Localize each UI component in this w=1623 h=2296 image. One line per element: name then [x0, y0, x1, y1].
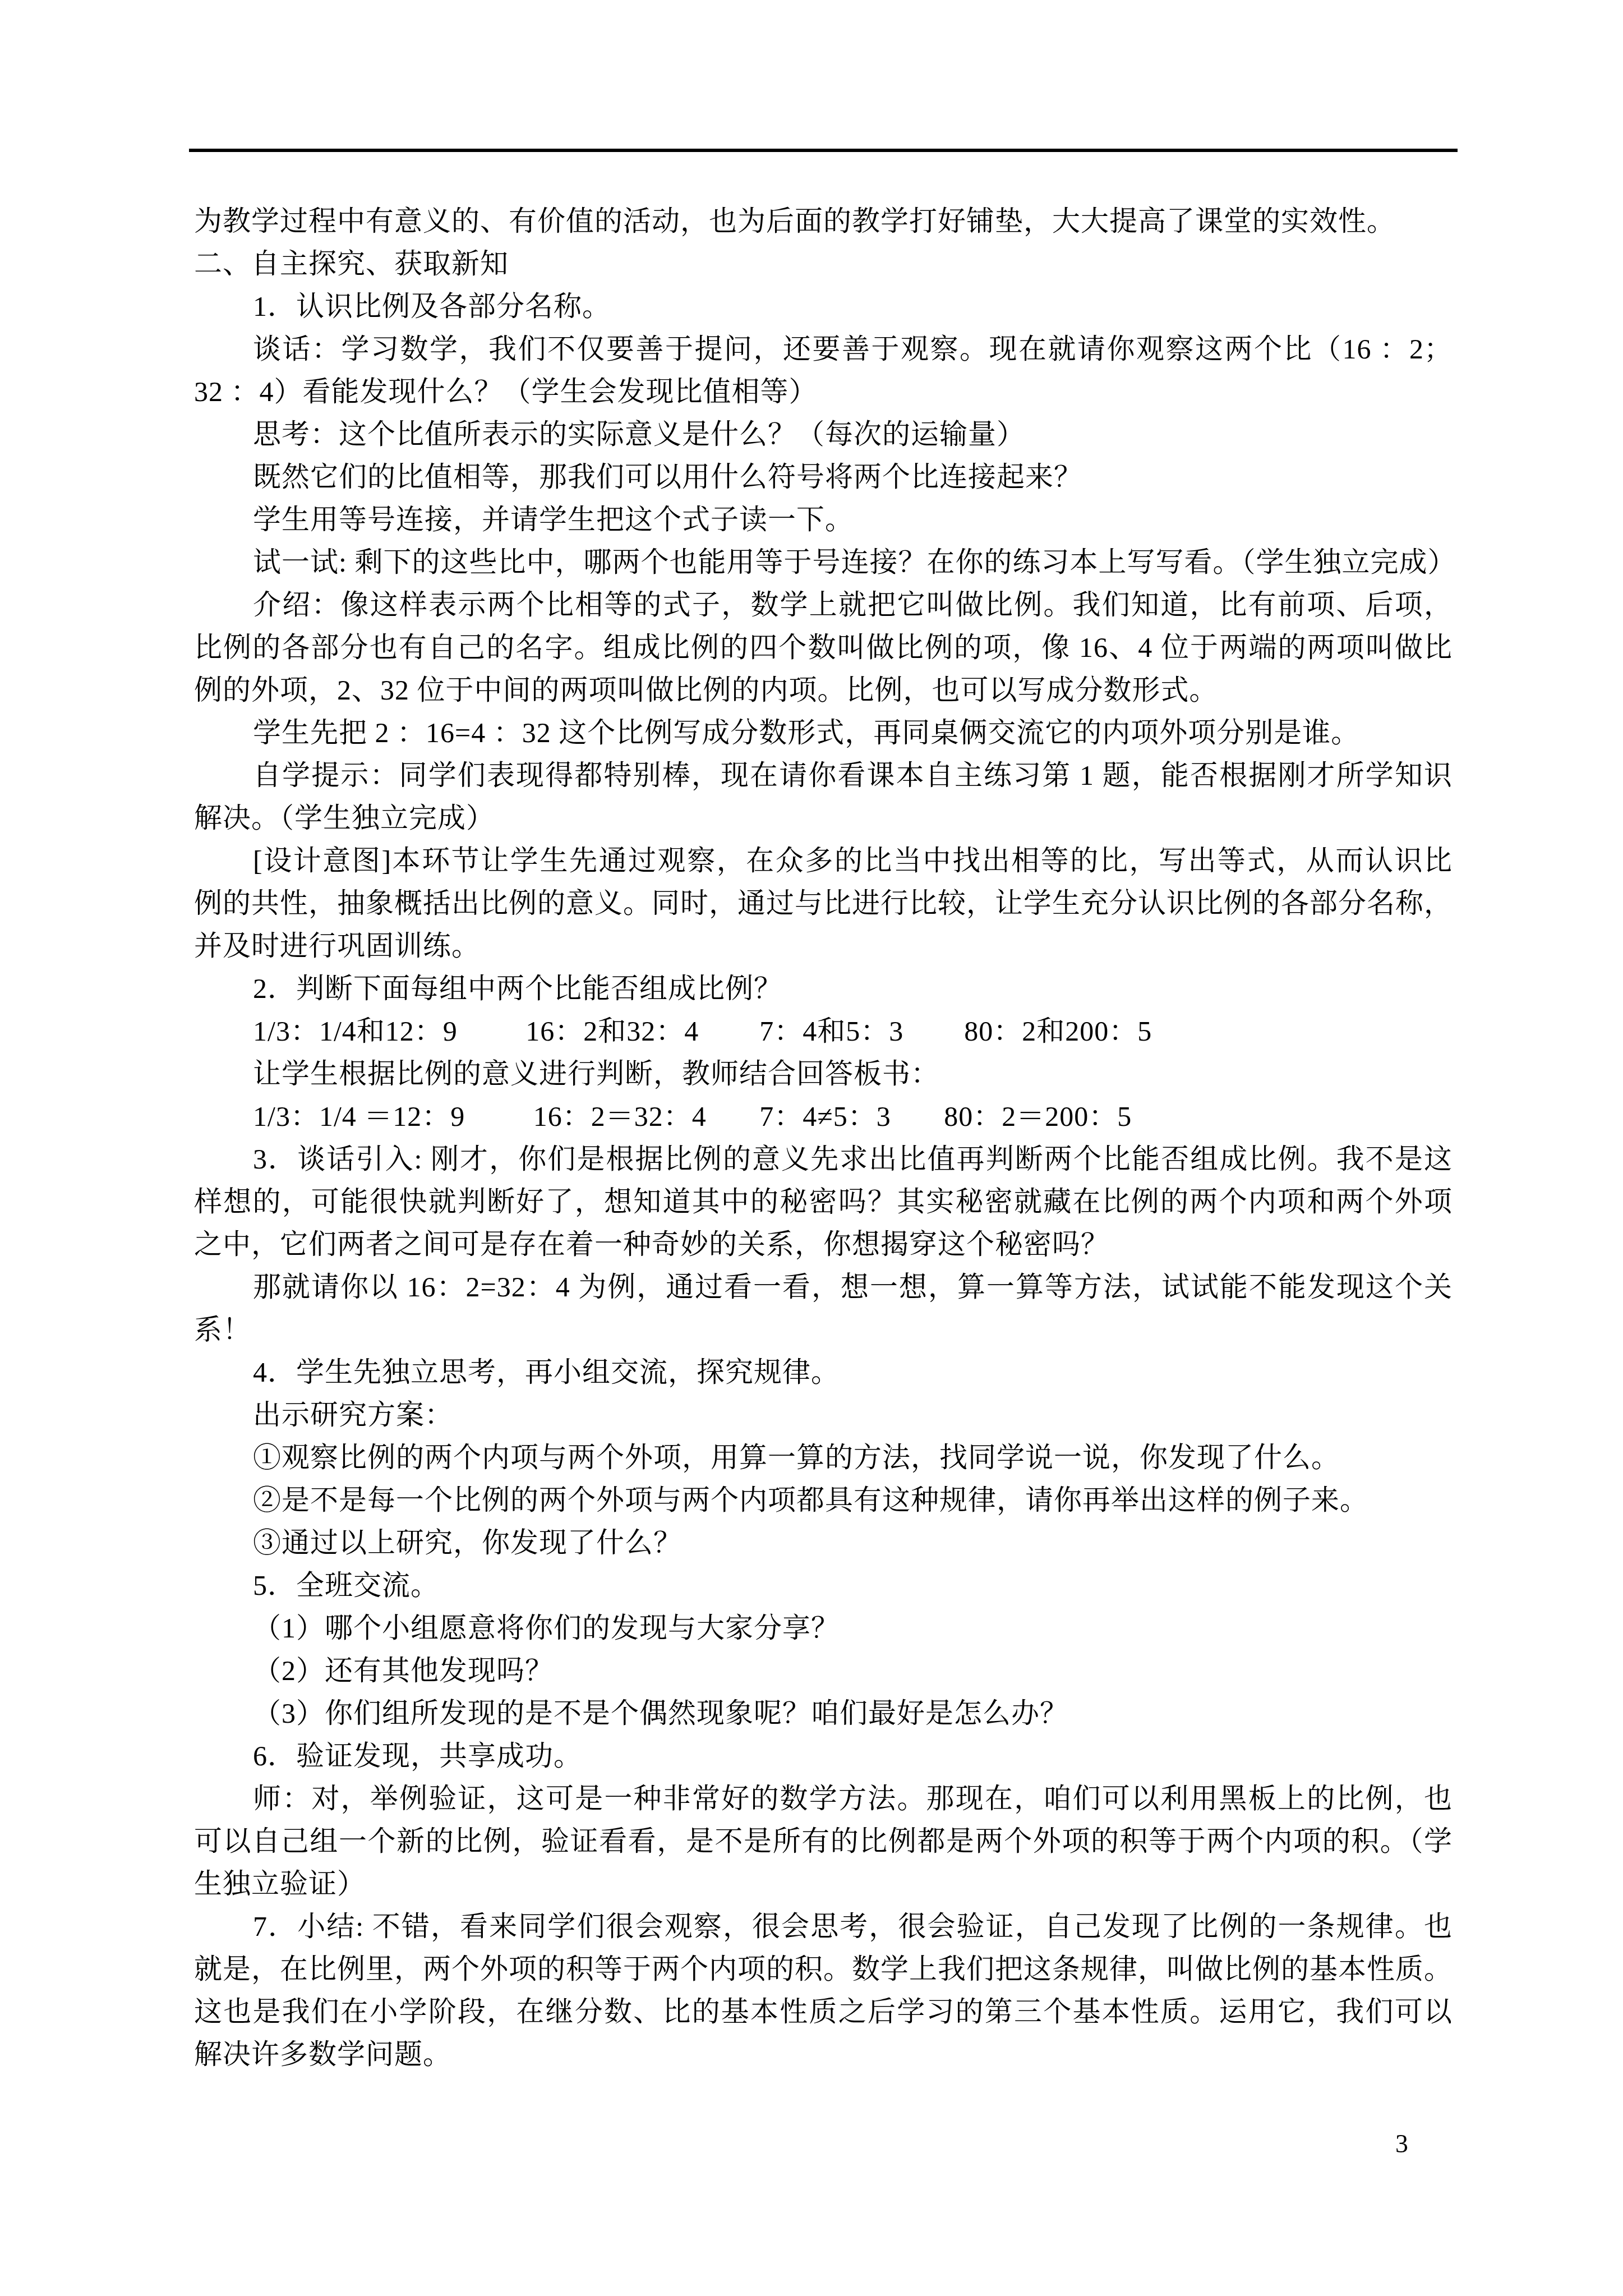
text-line: 解决。（学生独立完成）: [194, 797, 1453, 839]
header-rule: [189, 149, 1458, 152]
text-line: 6．验证发现，共享成功。: [194, 1734, 1453, 1777]
text-line: 并及时进行巩固训练。: [194, 924, 1453, 967]
text-line: 这也是我们在小学阶段，在继分数、比的基本性质之后学习的第三个基本性质。运用它，我…: [194, 1990, 1453, 2033]
text-line: （3）你们组所发现的是不是个偶然现象呢？咱们最好是怎么办？: [194, 1692, 1453, 1734]
text-line: 为教学过程中有意义的、有价值的活动，也为后面的教学打好铺垫，大大提高了课堂的实效…: [194, 200, 1453, 242]
text-line: 既然它们的比值相等，那我们可以用什么符号将两个比连接起来？: [194, 455, 1453, 498]
text-line: 试一试: 剩下的这些比中，哪两个也能用等于号连接？在你的练习本上写写看。（学生独…: [194, 541, 1453, 583]
text-line: 系！: [194, 1308, 1453, 1351]
text-line: 例的外项，2、32 位于中间的两项叫做比例的内项。比例，也可以写成分数形式。: [194, 669, 1453, 711]
text-line: 比例的各部分也有自己的名字。组成比例的四个数叫做比例的项，像 16、4 位于两端…: [194, 626, 1453, 669]
text-line: （1）哪个小组愿意将你们的发现与大家分享？: [194, 1607, 1453, 1649]
text-line: [设计意图]本环节让学生先通过观察，在众多的比当中找出相等的比，写出等式，从而认…: [194, 839, 1453, 882]
text-line: 让学生根据比例的意义进行判断，教师结合回答板书：: [194, 1052, 1453, 1095]
text-line: 2．判断下面每组中两个比能否组成比例？: [194, 967, 1453, 1010]
text-line: 32 ：4）看能发现什么？（学生会发现比值相等）: [194, 370, 1453, 413]
text-line: ①观察比例的两个内项与两个外项，用算一算的方法，找同学说一说，你发现了什么。: [194, 1436, 1453, 1479]
text-line: （2）还有其他发现吗？: [194, 1649, 1453, 1692]
text-line: 生独立验证）: [194, 1862, 1453, 1905]
page-number: 3: [1395, 2127, 1408, 2161]
text-line: 3．谈话引入: 刚才，你们是根据比例的意义先求出比值再判断两个比能否组成比例。我…: [194, 1138, 1453, 1180]
text-line: 二、自主探究、获取新知: [194, 242, 1453, 285]
text-line: 可以自己组一个新的比例，验证看看，是不是所有的比例都是两个外项的积等于两个内项的…: [194, 1820, 1453, 1862]
document-body: 为教学过程中有意义的、有价值的活动，也为后面的教学打好铺垫，大大提高了课堂的实效…: [194, 200, 1453, 2076]
text-line: 4．学生先独立思考，再小组交流，探究规律。: [194, 1351, 1453, 1393]
text-line: 之中，它们两者之间可是存在着一种奇妙的关系，你想揭穿这个秘密吗？: [194, 1223, 1453, 1266]
text-line: 5．全班交流。: [194, 1564, 1453, 1607]
text-line: 那就请你以 16：2=32：4 为例，通过看一看，想一想，算一算等方法，试试能不…: [194, 1266, 1453, 1308]
text-line: 1/3：1/4 ＝12：9 16：2＝32：4 7：4≠5：3 80：2＝200…: [194, 1095, 1453, 1138]
text-line: 介绍：像这样表示两个比相等的式子，数学上就把它叫做比例。我们知道，比有前项、后项…: [194, 583, 1453, 626]
text-line: 解决许多数学问题。: [194, 2033, 1453, 2076]
text-line: 谈话：学习数学，我们不仅要善于提问，还要善于观察。现在就请你观察这两个比（16 …: [194, 328, 1453, 370]
text-line: 1．认识比例及各部分名称。: [194, 285, 1453, 328]
text-line: 学生用等号连接，并请学生把这个式子读一下。: [194, 498, 1453, 541]
text-line: ③通过以上研究，你发现了什么？: [194, 1521, 1453, 1564]
text-line: 自学提示：同学们表现得都特别棒，现在请你看课本自主练习第 1 题，能否根据刚才所…: [194, 754, 1453, 797]
text-line: 思考：这个比值所表示的实际意义是什么？（每次的运输量）: [194, 413, 1453, 455]
text-line: 1/3：1/4和12：9 16：2和32：4 7：4和5：3 80：2和200：…: [194, 1010, 1453, 1052]
document-page: 为教学过程中有意义的、有价值的活动，也为后面的教学打好铺垫，大大提高了课堂的实效…: [0, 0, 1623, 2296]
text-line: 样想的，可能很快就判断好了，想知道其中的秘密吗？其实秘密就藏在比例的两个内项和两…: [194, 1180, 1453, 1223]
text-line: 7．小结: 不错，看来同学们很会观察，很会思考，很会验证，自己发现了比例的一条规…: [194, 1905, 1453, 1948]
text-line: 就是，在比例里，两个外项的积等于两个内项的积。数学上我们把这条规律，叫做比例的基…: [194, 1948, 1453, 1990]
text-line: 师：对，举例验证，这可是一种非常好的数学方法。那现在，咱们可以利用黑板上的比例，…: [194, 1777, 1453, 1820]
text-line: 例的共性，抽象概括出比例的意义。同时，通过与比进行比较，让学生充分认识比例的各部…: [194, 882, 1453, 924]
text-line: ②是不是每一个比例的两个外项与两个内项都具有这种规律，请你再举出这样的例子来。: [194, 1479, 1453, 1521]
text-line: 出示研究方案：: [194, 1393, 1453, 1436]
text-line: 学生先把 2 ：16=4 ：32 这个比例写成分数形式，再同桌俩交流它的内项外项…: [194, 711, 1453, 754]
